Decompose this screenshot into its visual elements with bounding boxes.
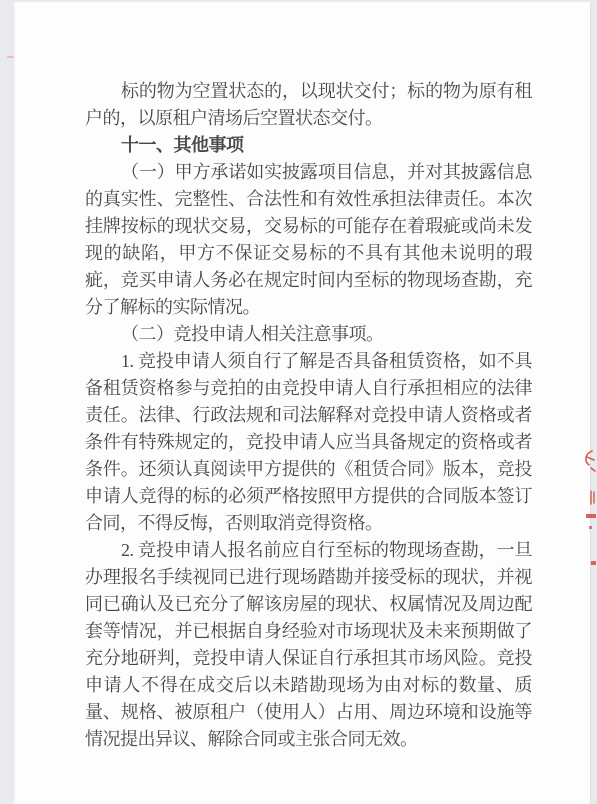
- red-ink-speck: [7, 56, 14, 58]
- paragraph-item-2: 2. 竞投申请人报名前应自行至标的物现场查勘，一旦办理报名手续视同已进行现场踏勘…: [85, 537, 532, 753]
- page-edge-shadow: [13, 2, 16, 804]
- document-viewport: 标的物为空置状态的，以现状交付；标的物为原有租户的，以原租户清场后空置状态交付。…: [0, 0, 597, 804]
- paragraph-continuation: 标的物为空置状态的，以现状交付；标的物为原有租户的，以原租户清场后空置状态交付。: [85, 78, 532, 132]
- paragraph-disclosure: （一）甲方承诺如实披露项目信息，并对其披露信息的真实性、完整性、合法性和有效性承…: [85, 159, 532, 321]
- paragraph-notice-title: （二）竞投申请人相关注意事项。: [85, 321, 532, 348]
- section-heading: 十一、其他事项: [85, 132, 532, 159]
- red-ink-marks: [579, 444, 597, 576]
- page-text: 标的物为空置状态的，以现状交付；标的物为原有租户的，以原租户清场后空置状态交付。…: [85, 78, 532, 753]
- paragraph-item-1: 1. 竞投申请人须自行了解是否具备租赁资格，如不具备租赁资格参与竞拍的由竞投申请…: [85, 348, 532, 537]
